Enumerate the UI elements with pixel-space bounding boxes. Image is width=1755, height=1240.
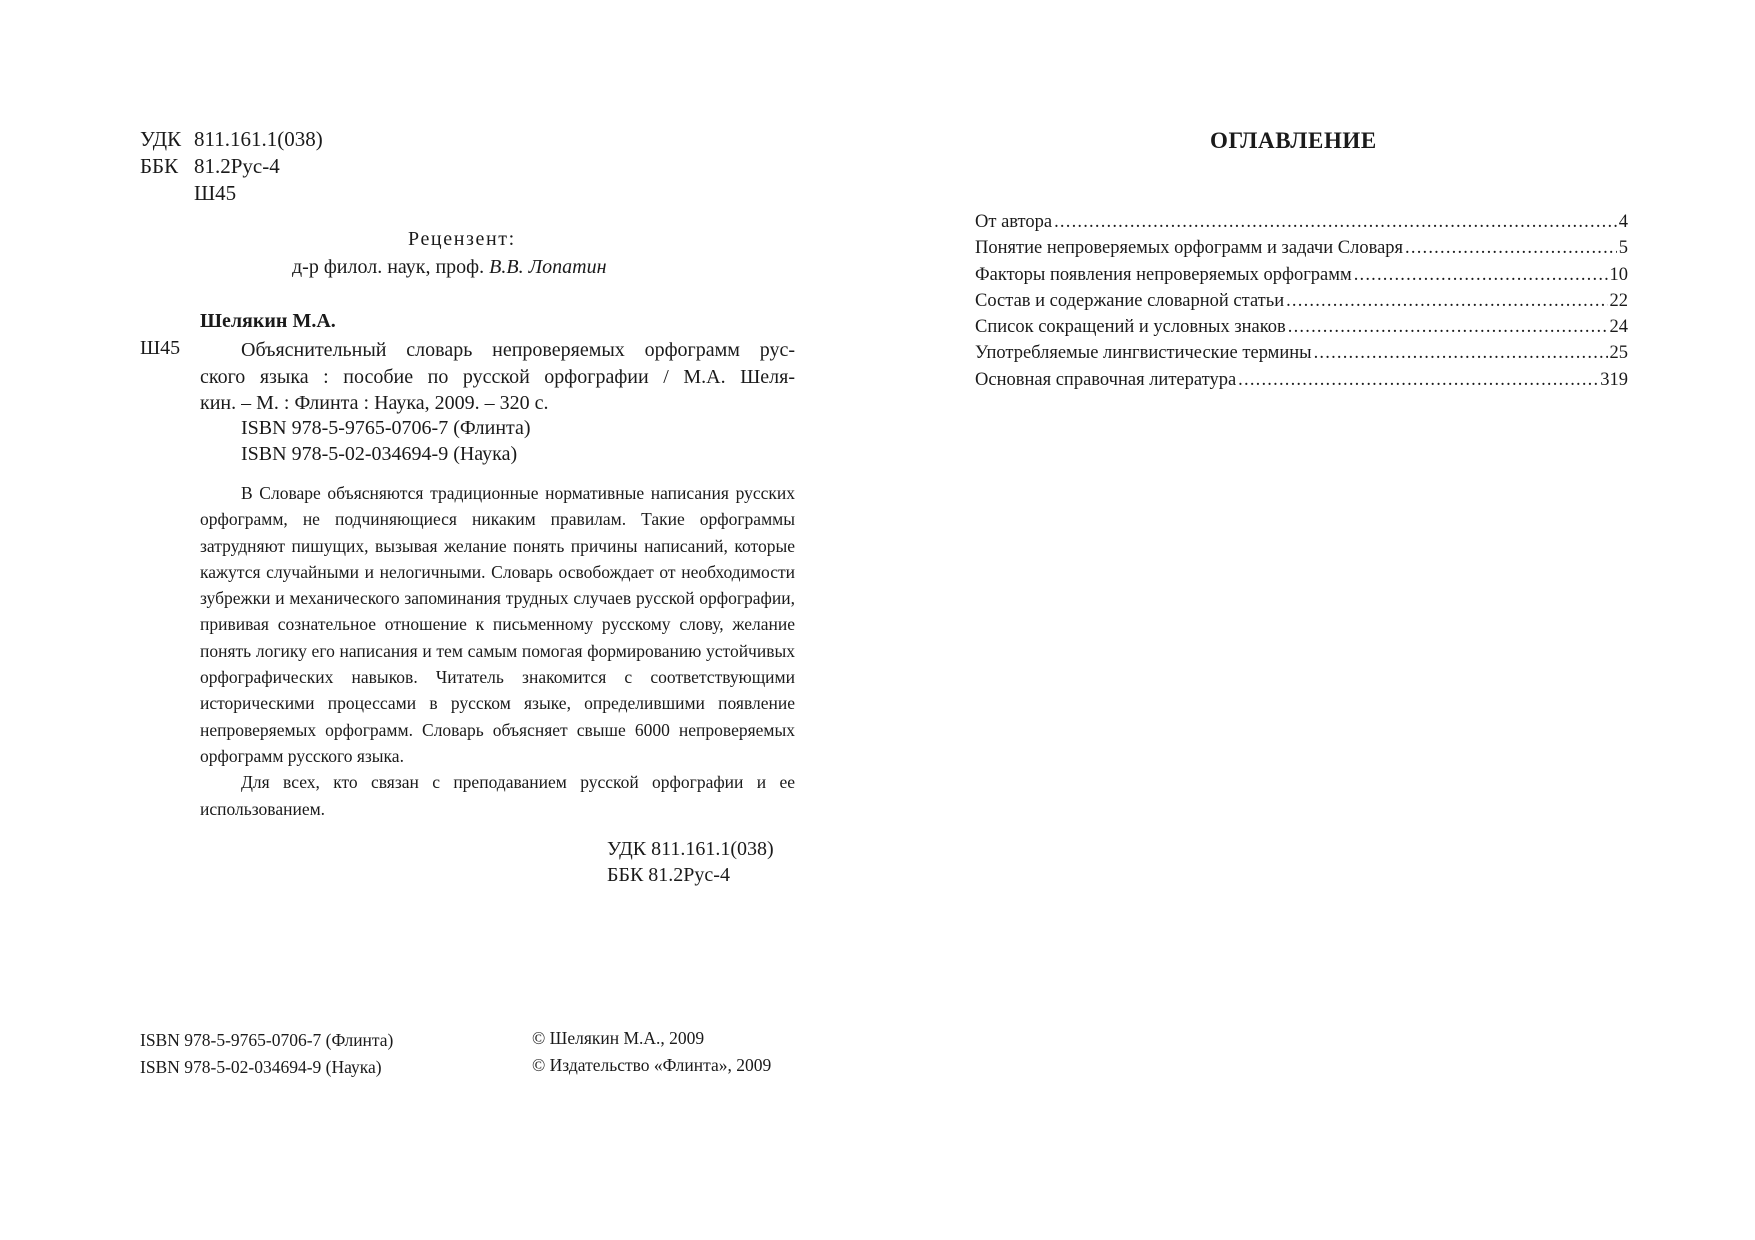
toc-entry-title: Список сокращений и условных знаков — [975, 314, 1286, 340]
catalog-code: Ш45 — [140, 337, 180, 360]
toc-entry-page: 10 — [1610, 262, 1629, 288]
toc-leader-dots — [1288, 314, 1608, 340]
toc-leader-dots — [1314, 340, 1608, 366]
toc-entry-page: 24 — [1610, 314, 1629, 340]
toc-entry-page: 5 — [1619, 235, 1628, 261]
annotation-paragraph-2: Для всех, кто связан с преподаванием рус… — [200, 769, 795, 822]
toc-entry[interactable]: От автора 4 — [975, 209, 1628, 235]
toc-entry-page: 25 — [1610, 340, 1629, 366]
reviewer-title: д-р филол. наук, проф. — [292, 256, 484, 278]
footer-copyright-author: © Шелякин М.А., 2009 — [532, 1028, 704, 1049]
left-page: УДК 811.161.1(038) ББК 81.2Рус-4 Ш45 Рец… — [0, 0, 877, 1240]
toc-entry[interactable]: Понятие непроверяемых орфограмм и задачи… — [975, 235, 1628, 261]
toc-entry-title: От автора — [975, 209, 1052, 235]
footer-copyright-publisher: © Издательство «Флинта», 2009 — [532, 1055, 771, 1076]
bottom-codes: УДК 811.161.1(038) ББК 81.2Рус-4 — [607, 836, 774, 888]
toc-entry-page: 319 — [1600, 367, 1628, 393]
toc-entry[interactable]: Факторы появления непроверяемых орфограм… — [975, 262, 1628, 288]
table-of-contents: От автора 4 Понятие непроверяемых орфогр… — [975, 209, 1628, 393]
annotation-paragraph-1: В Словаре объясняются традиционные норма… — [200, 480, 795, 769]
footer-isbn-nauka: ISBN 978-5-02-034694-9 (Наука) — [140, 1057, 382, 1078]
annotation: В Словаре объясняются традиционные норма… — [200, 480, 795, 822]
author-mark-label — [140, 180, 194, 207]
toc-leader-dots — [1054, 209, 1617, 235]
bibliographic-description: Объяснительный словарь непроверяемых орф… — [200, 337, 795, 417]
toc-entry[interactable]: Состав и содержание словарной статьи 22 — [975, 288, 1628, 314]
reviewer-name: В.В. Лопатин — [489, 256, 606, 278]
author-heading: Шелякин М.А. — [200, 310, 336, 333]
reviewer-line: д-р филол. наук, проф. В.В. Лопатин — [292, 256, 606, 279]
isbn-flinta: ISBN 978-5-9765-0706-7 (Флинта) — [241, 417, 531, 440]
toc-entry-title: Понятие непроверяемых орфограмм и задачи… — [975, 235, 1403, 261]
toc-entry[interactable]: Употребляемые лингвистические термины 25 — [975, 340, 1628, 366]
toc-leader-dots — [1238, 367, 1598, 393]
classification-block: УДК 811.161.1(038) ББК 81.2Рус-4 Ш45 — [140, 126, 323, 207]
bottom-udk: УДК 811.161.1(038) — [607, 836, 774, 862]
classification-udk: УДК 811.161.1(038) — [140, 126, 323, 153]
bottom-bbk: ББК 81.2Рус-4 — [607, 862, 774, 888]
biblio-line-2: ского языка : пособие по русской орфогра… — [200, 366, 795, 388]
biblio-line-1: Объяснительный словарь непроверяемых орф… — [241, 339, 795, 361]
isbn-nauka: ISBN 978-5-02-034694-9 (Наука) — [241, 443, 517, 466]
right-page: ОГЛАВЛЕНИЕ От автора 4 Понятие непроверя… — [877, 0, 1755, 1240]
toc-entry[interactable]: Основная справочная литература 319 — [975, 367, 1628, 393]
biblio-line-3: кин. – М. : Флинта : Наука, 2009. – 320 … — [200, 392, 549, 414]
toc-entry-page: 22 — [1610, 288, 1629, 314]
udk-value: 811.161.1(038) — [194, 126, 323, 153]
toc-entry-title: Состав и содержание словарной статьи — [975, 288, 1284, 314]
toc-entry-title: Употребляемые лингвистические термины — [975, 340, 1312, 366]
classification-bbk: ББК 81.2Рус-4 — [140, 153, 323, 180]
toc-entry[interactable]: Список сокращений и условных знаков 24 — [975, 314, 1628, 340]
author-mark-value: Ш45 — [194, 180, 236, 207]
toc-entry-page: 4 — [1619, 209, 1628, 235]
footer-isbn-flinta: ISBN 978-5-9765-0706-7 (Флинта) — [140, 1030, 393, 1051]
reviewer-label: Рецензент: — [408, 228, 516, 251]
toc-entry-title: Факторы появления непроверяемых орфограм… — [975, 262, 1352, 288]
toc-leader-dots — [1354, 262, 1608, 288]
bbk-label: ББК — [140, 153, 194, 180]
toc-title: ОГЛАВЛЕНИЕ — [1210, 128, 1377, 154]
classification-author-mark: Ш45 — [140, 180, 323, 207]
toc-leader-dots — [1286, 288, 1607, 314]
toc-leader-dots — [1405, 235, 1617, 261]
udk-label: УДК — [140, 126, 194, 153]
toc-entry-title: Основная справочная литература — [975, 367, 1236, 393]
bbk-value: 81.2Рус-4 — [194, 153, 280, 180]
